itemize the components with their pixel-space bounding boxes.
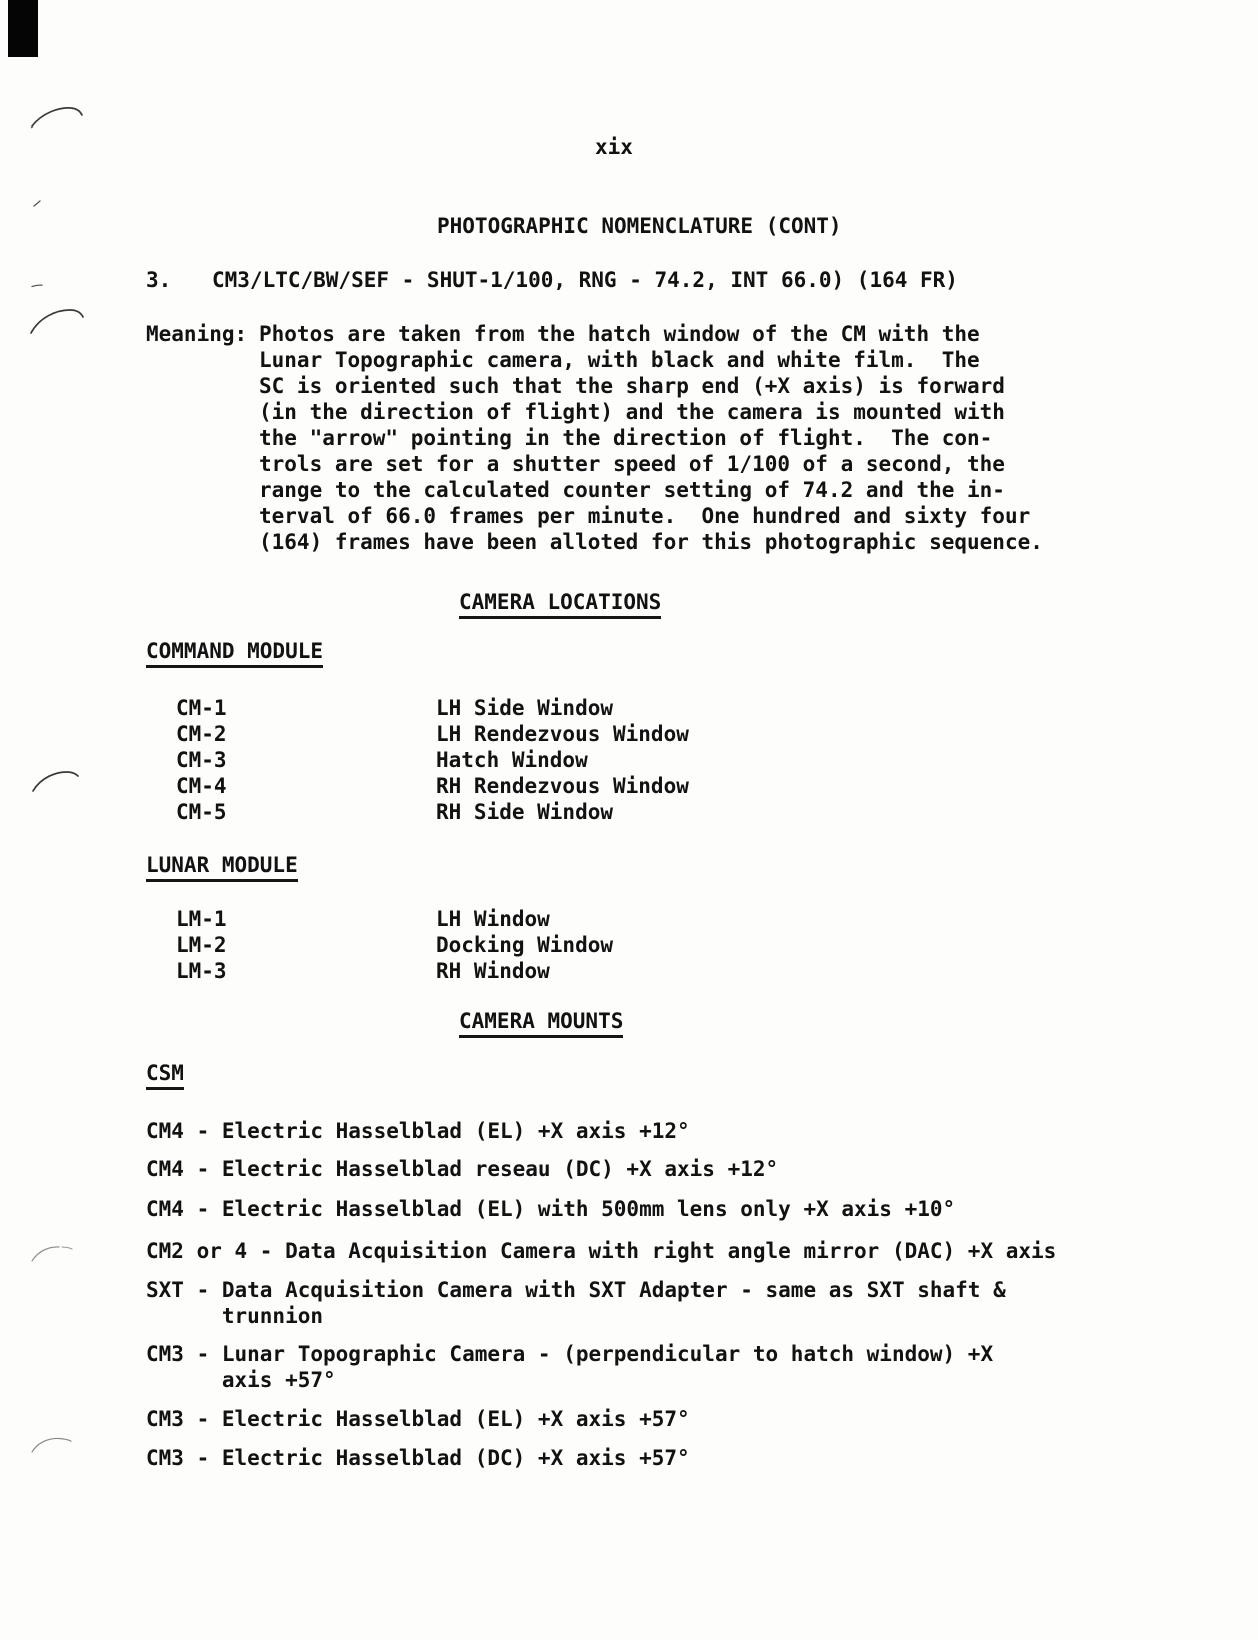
page-title: PHOTOGRAPHIC NOMENCLATURE (CONT) bbox=[437, 213, 842, 239]
lunar-module-heading-text: LUNAR MODULE bbox=[146, 852, 298, 882]
scan-dash-artifact bbox=[31, 282, 44, 290]
camera-mounts-heading-text: CAMERA MOUNTS bbox=[459, 1008, 623, 1038]
scan-tick-artifact bbox=[33, 199, 43, 209]
location-name: RH Side Window bbox=[436, 799, 613, 825]
location-name: LH Side Window bbox=[436, 695, 613, 721]
location-name: Docking Window bbox=[436, 932, 613, 958]
location-name: RH Rendezvous Window bbox=[436, 773, 689, 799]
command-module-heading: COMMAND MODULE bbox=[146, 638, 323, 668]
camera-mount-entry: CM3 - Electric Hasselblad (DC) +X axis +… bbox=[146, 1445, 690, 1471]
item-number: 3. bbox=[146, 267, 171, 293]
command-module-heading-text: COMMAND MODULE bbox=[146, 638, 323, 668]
camera-mount-entry: CM4 - Electric Hasselblad reseau (DC) +X… bbox=[146, 1156, 778, 1182]
document-page: xix PHOTOGRAPHIC NOMENCLATURE (CONT) 3. … bbox=[0, 0, 1258, 1640]
page-number: xix bbox=[595, 134, 633, 160]
camera-mounts-heading: CAMERA MOUNTS bbox=[459, 1008, 623, 1038]
meaning-label: Meaning: bbox=[146, 321, 247, 347]
scan-arc-artifact-4 bbox=[30, 1243, 76, 1264]
lunar-module-heading: LUNAR MODULE bbox=[146, 852, 298, 882]
camera-mount-entry: CM4 - Electric Hasselblad (EL) with 500m… bbox=[146, 1196, 955, 1222]
location-code: CM-1 bbox=[176, 695, 227, 721]
camera-mount-entry: CM3 - Electric Hasselblad (EL) +X axis +… bbox=[146, 1406, 690, 1432]
csm-heading-text: CSM bbox=[146, 1060, 184, 1090]
location-code: CM-3 bbox=[176, 747, 227, 773]
location-code: CM-2 bbox=[176, 721, 227, 747]
location-name: LH Rendezvous Window bbox=[436, 721, 689, 747]
location-code: CM-5 bbox=[176, 799, 227, 825]
camera-locations-heading: CAMERA LOCATIONS bbox=[459, 589, 661, 619]
scan-arc-artifact-1 bbox=[29, 104, 87, 132]
scan-arc-artifact-2 bbox=[28, 305, 88, 338]
scan-corner-mark bbox=[8, 0, 38, 57]
location-code: LM-3 bbox=[176, 958, 227, 984]
location-name: LH Window bbox=[436, 906, 550, 932]
camera-mount-entry: SXT - Data Acquisition Camera with SXT A… bbox=[146, 1277, 1006, 1329]
location-name: RH Window bbox=[436, 958, 550, 984]
item-code: CM3/LTC/BW/SEF - SHUT-1/100, RNG - 74.2,… bbox=[212, 267, 958, 293]
location-code: LM-1 bbox=[176, 906, 227, 932]
meaning-paragraph: Photos are taken from the hatch window o… bbox=[259, 321, 1043, 555]
camera-locations-heading-text: CAMERA LOCATIONS bbox=[459, 589, 661, 619]
csm-heading: CSM bbox=[146, 1060, 184, 1090]
camera-mount-entry: CM2 or 4 - Data Acquisition Camera with … bbox=[146, 1238, 1056, 1264]
scan-arc-artifact-3 bbox=[30, 768, 82, 795]
location-code: CM-4 bbox=[176, 773, 227, 799]
location-name: Hatch Window bbox=[436, 747, 588, 773]
scan-arc-artifact-5 bbox=[30, 1435, 76, 1456]
location-code: LM-2 bbox=[176, 932, 227, 958]
camera-mount-entry: CM3 - Lunar Topographic Camera - (perpen… bbox=[146, 1341, 993, 1393]
camera-mount-entry: CM4 - Electric Hasselblad (EL) +X axis +… bbox=[146, 1118, 690, 1144]
